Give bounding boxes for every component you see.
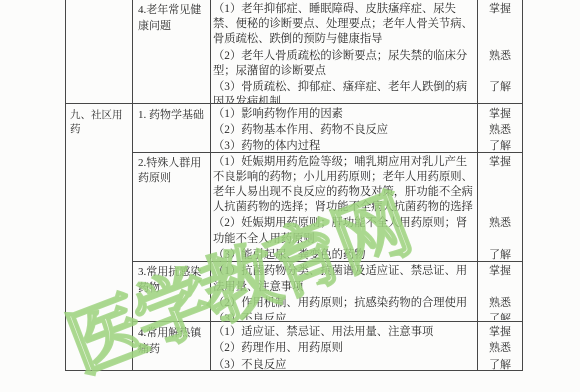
item-text: （1）适应证、禁忌证、用法用量、注意事项 [211,324,478,340]
mastery-level: 熟悉 [478,122,522,138]
item-text: （3）不良反应 [211,357,478,370]
chapter-block-community-medication: 九、社区用药 1. 药物学基础 （1）影响药物作用的因素 掌握 （2）药物基本作… [66,103,522,370]
chapter-block-body: 4.老年常见健康问题 （1）老年抑郁症、睡眠障碍、皮肤瘙痒症、尿失禁、便秘的诊断… [133,0,522,103]
mastery-level: 掌握 [478,263,522,294]
syllabus-item-row: （1）妊娠期用药危险等级；哺乳期应用对乳儿产生不良影响的药物；小儿用药原则；老年… [211,154,522,216]
item-text: （3）能引起尿、粪变色的药物 [211,247,478,260]
mastery-level: 掌握 [478,106,522,122]
grid-vline-topic [210,0,211,370]
syllabus-item-row: （3）药物的体内过程 了解 [211,138,522,151]
syllabus-item-row: （2）老年人骨质疏松的诊断要点；尿失禁的临床分型；尿潴留的诊断要点 熟悉 [211,48,522,79]
mastery-level: 熟悉 [478,340,522,356]
syllabus-item-row: （3）不良反应 了解 [211,311,522,320]
syllabus-item-row: （2）妊娠期用药原则；肝功能不全人用药原则；肾功能不全人用药原则 熟悉 [211,215,522,246]
section-elderly-health: 4.老年常见健康问题 （1）老年抑郁症、睡眠障碍、皮肤瘙痒症、尿失禁、便秘的诊断… [133,0,522,103]
item-text: （3）药物的体内过程 [211,138,478,151]
mastery-level: 了解 [478,138,522,151]
section-items: （1）抗菌药物分类、抗菌谱及适应证、禁忌证、用法用量、注意事项 掌握 （2）作用… [211,263,522,320]
grid-vline-mastery [477,0,478,370]
syllabus-table: 4.老年常见健康问题 （1）老年抑郁症、睡眠障碍、皮肤瘙痒症、尿失禁、便秘的诊断… [65,0,523,371]
syllabus-item-row: （3）能引起尿、粪变色的药物 了解 [211,247,522,260]
mastery-level: 熟悉 [478,295,522,311]
topic-cell: 4.常用解热镇痛药 [133,324,211,370]
item-text: （1）影响药物作用的因素 [211,106,478,122]
mastery-level: 熟悉 [478,215,522,246]
chapter-cell: 九、社区用药 [66,103,133,370]
section-items: （1）影响药物作用的因素 掌握 （2）药物基本作用、药物不良反应 熟悉 （3）药… [211,106,522,152]
syllabus-item-row: （2）作用机制、用药原则；抗感染药物的合理使用 熟悉 [211,295,522,311]
item-text: （2）药理作用、用药原则 [211,340,478,356]
topic-cell: 2.特殊人群用药原则 [133,154,211,261]
syllabus-item-row: （1）老年抑郁症、睡眠障碍、皮肤瘙痒症、尿失禁、便秘的诊断要点、处理要点；老年人… [211,1,522,48]
item-text: （1）抗菌药物分类、抗菌谱及适应证、禁忌证、用法用量、注意事项 [211,263,478,294]
item-text: （3）骨质疏松、抑郁症、瘙痒症、老年人跌倒的病因及发病机制 [211,79,478,103]
syllabus-item-row: （2）药理作用、用药原则 熟悉 [211,340,522,356]
mastery-level: 熟悉 [478,48,522,79]
grid-hline-section3 [132,261,522,262]
mastery-level: 了解 [478,247,522,260]
item-text: （2）老年人骨质疏松的诊断要点；尿失禁的临床分型；尿潴留的诊断要点 [211,48,478,79]
section-special-population: 2.特殊人群用药原则 （1）妊娠期用药危险等级；哺乳期应用对乳儿产生不良影响的药… [133,152,522,261]
syllabus-item-row: （2）药物基本作用、药物不良反应 熟悉 [211,122,522,138]
topic-cell: 3.常用抗感染药物 [133,263,211,320]
table-content: 4.老年常见健康问题 （1）老年抑郁症、睡眠障碍、皮肤瘙痒症、尿失禁、便秘的诊断… [66,0,522,370]
mastery-level: 掌握 [478,1,522,48]
grid-vline-chapter [132,0,133,370]
item-text: （2）作用机制、用药原则；抗感染药物的合理使用 [211,295,478,311]
item-text: （1）妊娠期用药危险等级；哺乳期应用对乳儿产生不良影响的药物；小儿用药原则；老年… [211,154,478,216]
syllabus-item-row: （1）适应证、禁忌证、用法用量、注意事项 掌握 [211,324,522,340]
syllabus-item-row: （3）骨质疏松、抑郁症、瘙痒症、老年人跌倒的病因及发病机制 了解 [211,79,522,103]
mastery-level: 了解 [478,79,522,103]
chapter-block-body: 1. 药物学基础 （1）影响药物作用的因素 掌握 （2）药物基本作用、药物不良反… [133,103,522,370]
mastery-level: 掌握 [478,324,522,340]
section-antipyretic-analgesics: 4.常用解热镇痛药 （1）适应证、禁忌证、用法用量、注意事项 掌握 （2）药理作… [133,320,522,370]
mastery-level: 了解 [478,357,522,370]
item-text: （1）老年抑郁症、睡眠障碍、皮肤瘙痒症、尿失禁、便秘的诊断要点、处理要点；老年人… [211,1,478,48]
section-anti-infective-drugs: 3.常用抗感染药物 （1）抗菌药物分类、抗菌谱及适应证、禁忌证、用法用量、注意事… [133,260,522,320]
topic-cell: 1. 药物学基础 [133,106,211,152]
grid-hline-section4 [132,321,522,322]
page: 4.老年常见健康问题 （1）老年抑郁症、睡眠障碍、皮肤瘙痒症、尿失禁、便秘的诊断… [0,0,580,392]
syllabus-item-row: （1）影响药物作用的因素 掌握 [211,106,522,122]
item-text: （2）药物基本作用、药物不良反应 [211,122,478,138]
section-items: （1）适应证、禁忌证、用法用量、注意事项 掌握 （2）药理作用、用药原则 熟悉 … [211,324,522,370]
mastery-level: 了解 [478,311,522,320]
topic-cell: 4.老年常见健康问题 [133,1,211,103]
chapter-block-previous: 4.老年常见健康问题 （1）老年抑郁症、睡眠障碍、皮肤瘙痒症、尿失禁、便秘的诊断… [66,0,522,103]
syllabus-item-row: （1）抗菌药物分类、抗菌谱及适应证、禁忌证、用法用量、注意事项 掌握 [211,263,522,294]
item-text: （3）不良反应 [211,311,478,320]
grid-hline-section2 [132,152,522,153]
syllabus-item-row: （3）不良反应 了解 [211,357,522,370]
section-items: （1）妊娠期用药危险等级；哺乳期应用对乳儿产生不良影响的药物；小儿用药原则；老年… [211,154,522,261]
section-pharmacology-basics: 1. 药物学基础 （1）影响药物作用的因素 掌握 （2）药物基本作用、药物不良反… [133,103,522,152]
grid-hline-chapter-boundary [66,103,522,104]
chapter-cell-empty [66,0,133,103]
section-items: （1）老年抑郁症、睡眠障碍、皮肤瘙痒症、尿失禁、便秘的诊断要点、处理要点；老年人… [211,1,522,103]
mastery-level: 掌握 [478,154,522,216]
item-text: （2）妊娠期用药原则；肝功能不全人用药原则；肾功能不全人用药原则 [211,215,478,246]
